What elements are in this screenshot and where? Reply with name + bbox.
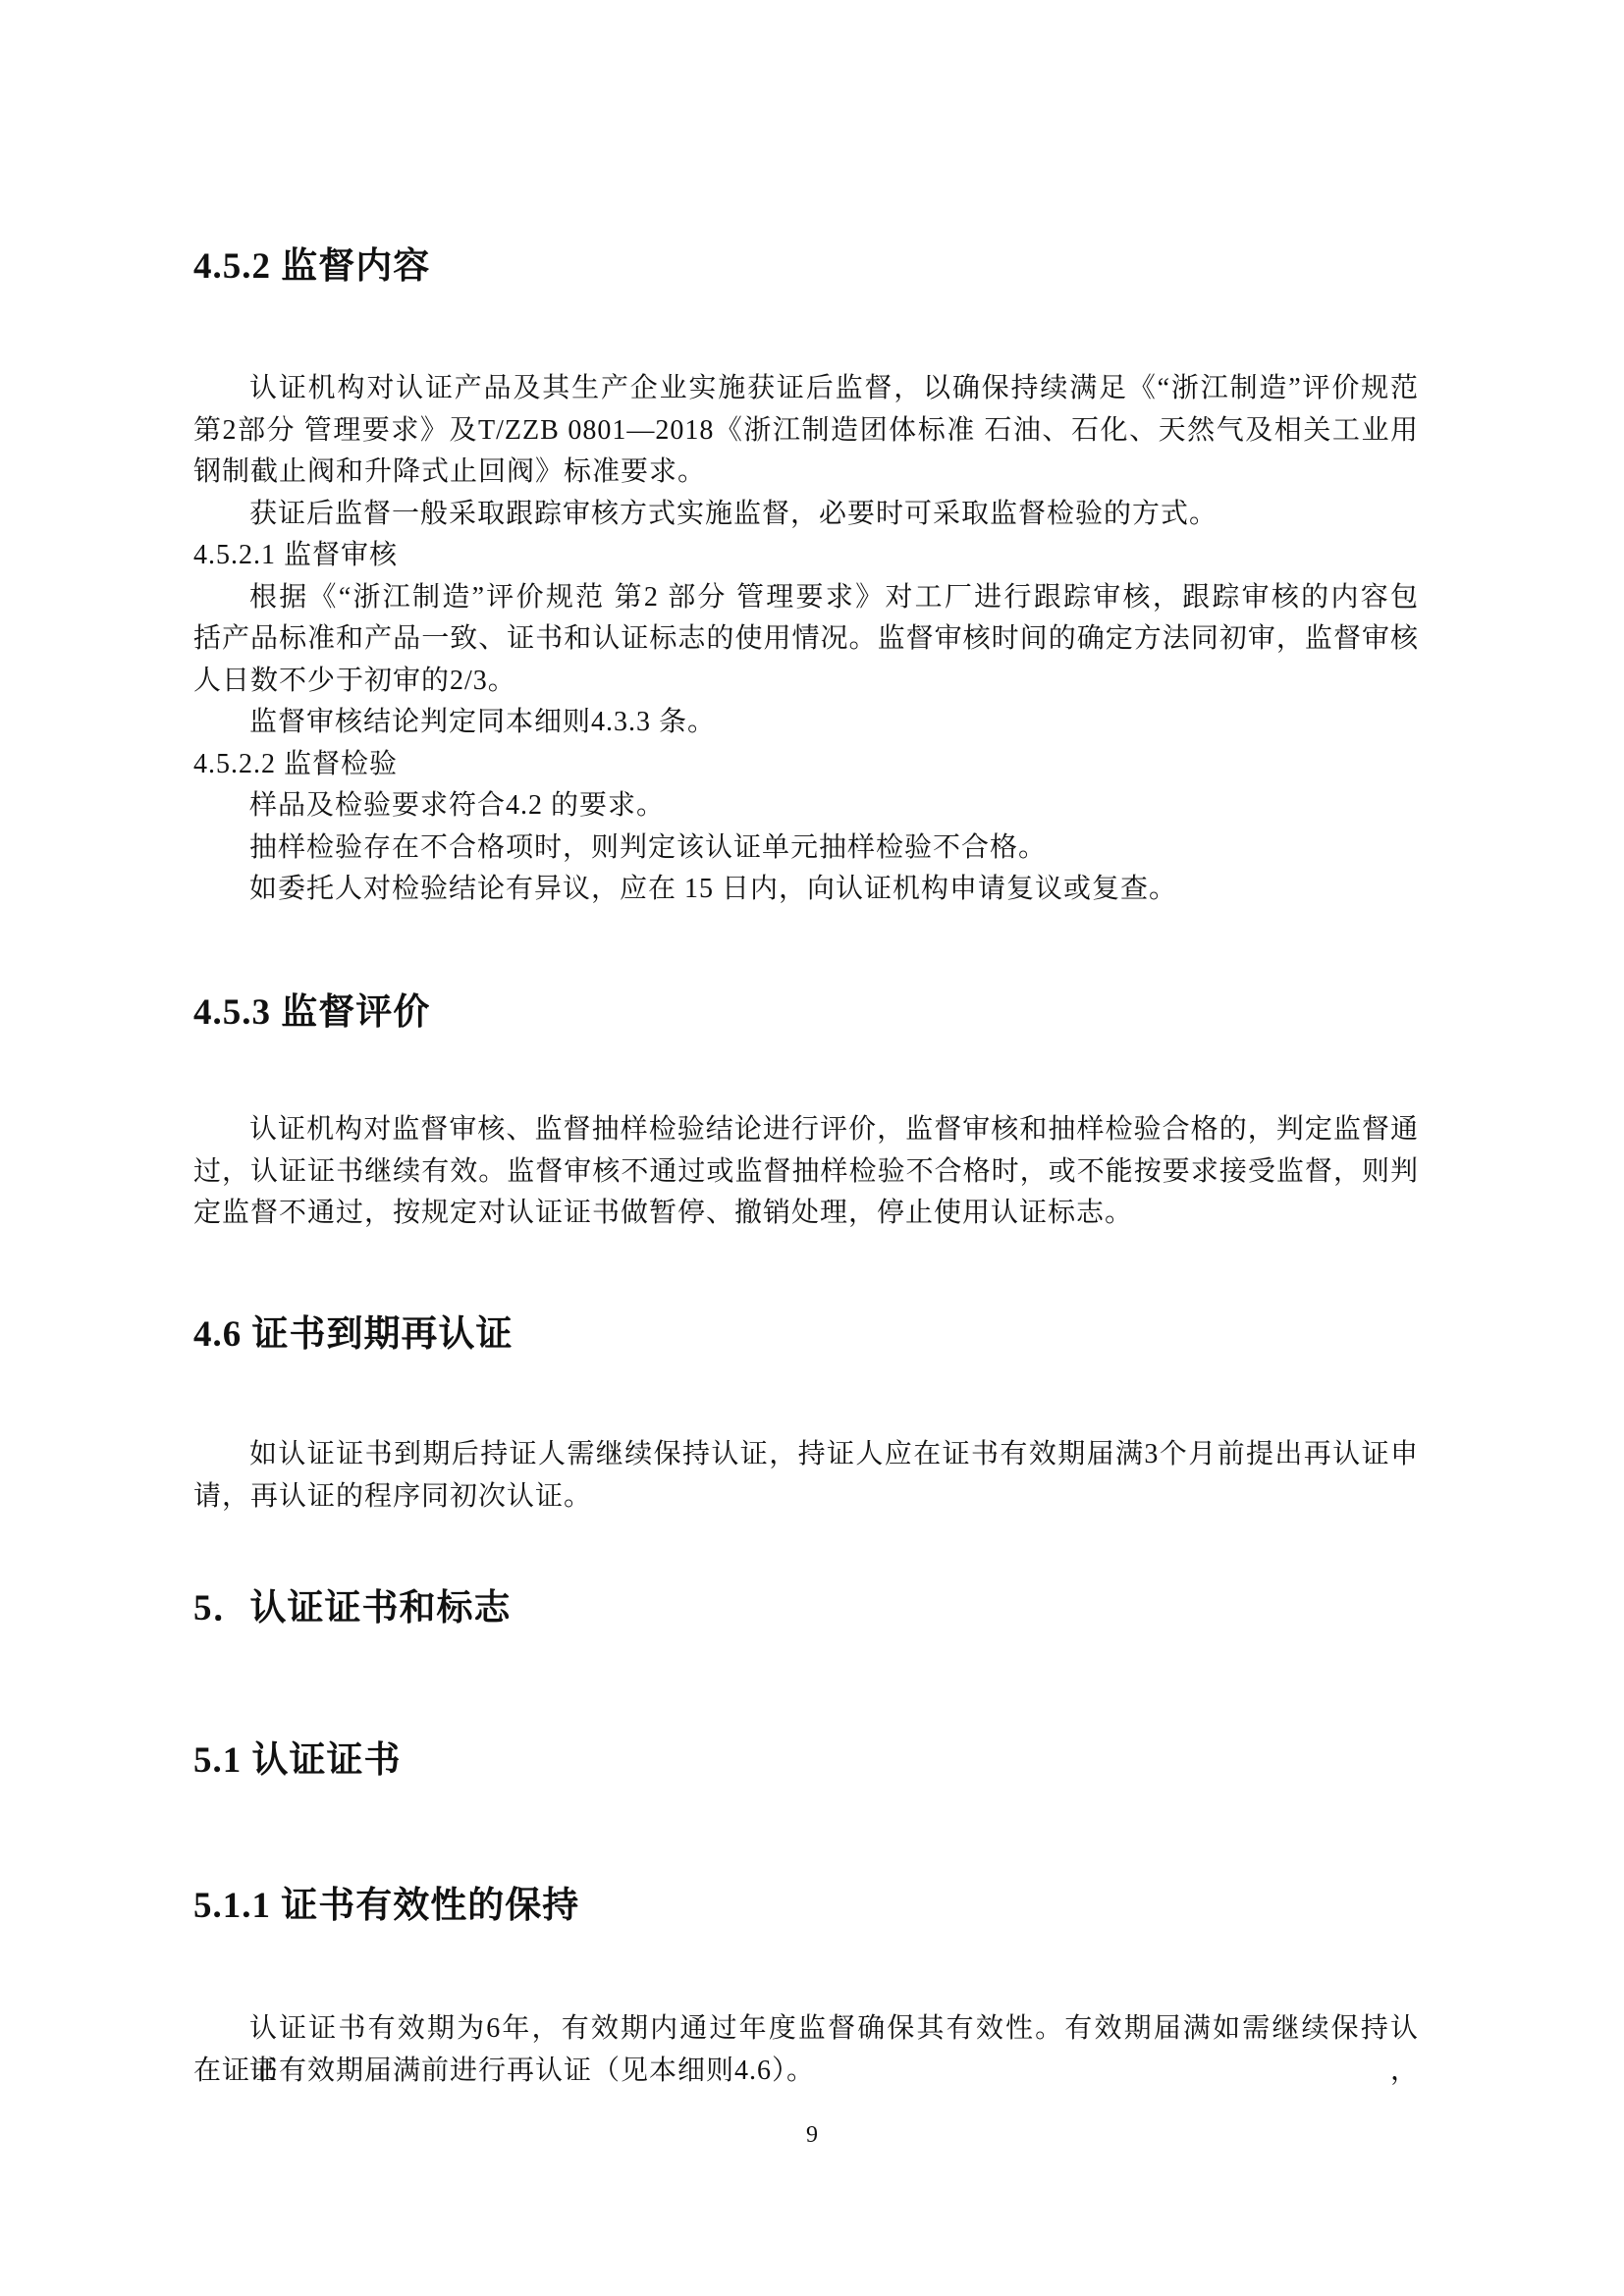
document-page: 4.5.2 监督内容 认证机构对认证产品及其生产企业实施获证后监督，以确保持续满… bbox=[0, 0, 1624, 2296]
section-body-4-5-2: 认证机构对认证产品及其生产企业实施获证后监督，以确保持续满足《“浙江制造”评价规… bbox=[193, 368, 1419, 911]
text-line: 认证机构对监督审核、监督抽样检验结论进行评价，监督审核和抽样检验合格的，判定监督… bbox=[193, 1109, 1419, 1151]
text-line: 定监督不通过，按规定对认证证书做暂停、撤销处理，停止使用认证标志。 bbox=[193, 1193, 1419, 1235]
section-heading-4-5-3: 4.5.3 监督评价 bbox=[193, 991, 1419, 1035]
text-line: 如认证证书到期后持证人需继续保持认证，持证人应在证书有效期届满3个月前提出再认证… bbox=[193, 1434, 1419, 1476]
section-heading-5: 5．认证证书和标志 bbox=[193, 1587, 1419, 1630]
section-body-4-5-3: 认证机构对监督审核、监督抽样检验结论进行评价，监督审核和抽样检验合格的，判定监督… bbox=[193, 1109, 1419, 1235]
text-line: 钢制截止阀和升降式止回阀》标准要求。 bbox=[193, 452, 1419, 494]
text-line: 认证证书有效期为6年，有效期内通过年度监督确保其有效性。有效期届满如需继续保持认… bbox=[193, 2008, 1419, 2051]
text-line: 抽样检验存在不合格项时，则判定该认证单元抽样检验不合格。 bbox=[193, 828, 1419, 870]
section-body-5-1-1: 认证证书有效期为6年，有效期内通过年度监督确保其有效性。有效期届满如需继续保持认… bbox=[193, 2008, 1419, 2092]
text-line: 人日数不少于初审的2/3。 bbox=[193, 661, 1419, 703]
section-heading-4-5-2: 4.5.2 监督内容 bbox=[193, 245, 1419, 289]
text-line: 监督审核结论判定同本细则4.3.3 条。 bbox=[193, 702, 1419, 744]
section-heading-5-1-1: 5.1.1 证书有效性的保持 bbox=[193, 1885, 1419, 1928]
text-line: 根据《“浙江制造”评价规范 第2 部分 管理要求》对工厂进行跟踪审核，跟踪审核的… bbox=[193, 577, 1419, 619]
section-body-4-6: 如认证证书到期后持证人需继续保持认证，持证人应在证书有效期届满3个月前提出再认证… bbox=[193, 1434, 1419, 1518]
section-heading-4-6: 4.6 证书到期再认证 bbox=[193, 1313, 1419, 1357]
text-line: 认证机构对认证产品及其生产企业实施获证后监督，以确保持续满足《“浙江制造”评价规… bbox=[193, 368, 1419, 410]
subsection-heading-4-5-2-1: 4.5.2.1 监督审核 bbox=[193, 535, 1419, 577]
subsection-heading-4-5-2-2: 4.5.2.2 监督检验 bbox=[193, 744, 1419, 786]
text-line: 样品及检验要求符合4.2 的要求。 bbox=[193, 785, 1419, 828]
page-number: 9 bbox=[0, 2120, 1624, 2150]
text-line: 获证后监督一般采取跟踪审核方式实施监督，必要时可采取监督检验的方式。 bbox=[193, 494, 1419, 536]
text-line: 如委托人对检验结论有异议，应在 15 日内，向认证机构申请复议或复查。 bbox=[193, 869, 1419, 911]
text-line: 第2部分 管理要求》及T/ZZB 0801—2018《浙江制造团体标准 石油、石… bbox=[193, 410, 1419, 453]
section-heading-5-1: 5.1 认证证书 bbox=[193, 1739, 1419, 1783]
text-line: 过，认证证书继续有效。监督审核不通过或监督抽样检验不合格时，或不能按要求接受监督… bbox=[193, 1151, 1419, 1194]
text-line: 括产品标准和产品一致、证书和认证标志的使用情况。监督审核时间的确定方法同初审，监… bbox=[193, 618, 1419, 661]
text-line: 请，再认证的程序同初次认证。 bbox=[193, 1476, 1419, 1519]
